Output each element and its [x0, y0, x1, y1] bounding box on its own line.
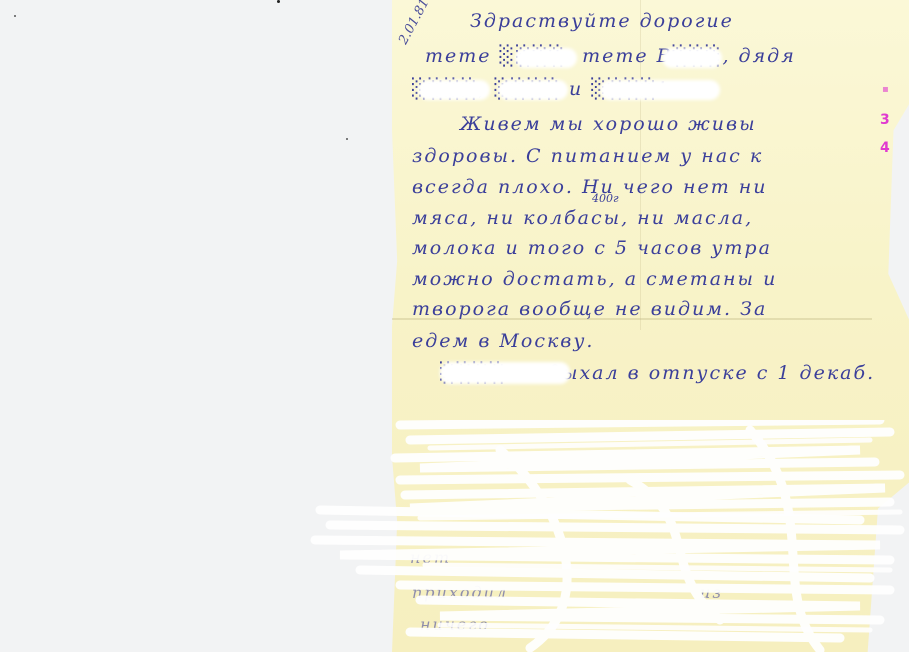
redaction-patch	[515, 48, 577, 68]
redaction-patch	[440, 362, 570, 384]
letter-line: можно достать, а сметаны и	[412, 268, 777, 290]
letter-line: едем в Москву.	[412, 330, 594, 352]
dust-speck	[14, 15, 16, 17]
redaction-scribble	[300, 420, 909, 652]
letter-line: тете ░░░░, тете В░░░, дядя	[425, 45, 796, 67]
letter-line: здоровы. С питанием у нас к	[412, 145, 763, 167]
letter-line: молока и того с 5 часов утра	[412, 237, 772, 259]
letter-line: творога вообще не видим. Зa	[412, 298, 767, 320]
margin-smudge: ▪	[882, 84, 889, 95]
letter-line: Живем мы хорошо живы	[460, 113, 757, 135]
inserted-note: 400г	[592, 192, 619, 205]
dust-speck	[346, 138, 348, 140]
margin-mark: 4	[880, 140, 890, 156]
letter-line: мяса, ни колбасы, ни масла,	[412, 207, 753, 229]
redaction-patch	[662, 48, 722, 68]
dust-speck	[277, 0, 280, 3]
letter-line: всегда плохо. Ни чего нет ни	[412, 176, 768, 198]
redaction-patch	[600, 80, 720, 100]
redaction-patch	[498, 80, 568, 100]
margin-mark: 3	[880, 112, 890, 128]
redaction-patch	[418, 80, 490, 100]
letter-greeting: Здраствуйте дорогие	[470, 10, 734, 32]
